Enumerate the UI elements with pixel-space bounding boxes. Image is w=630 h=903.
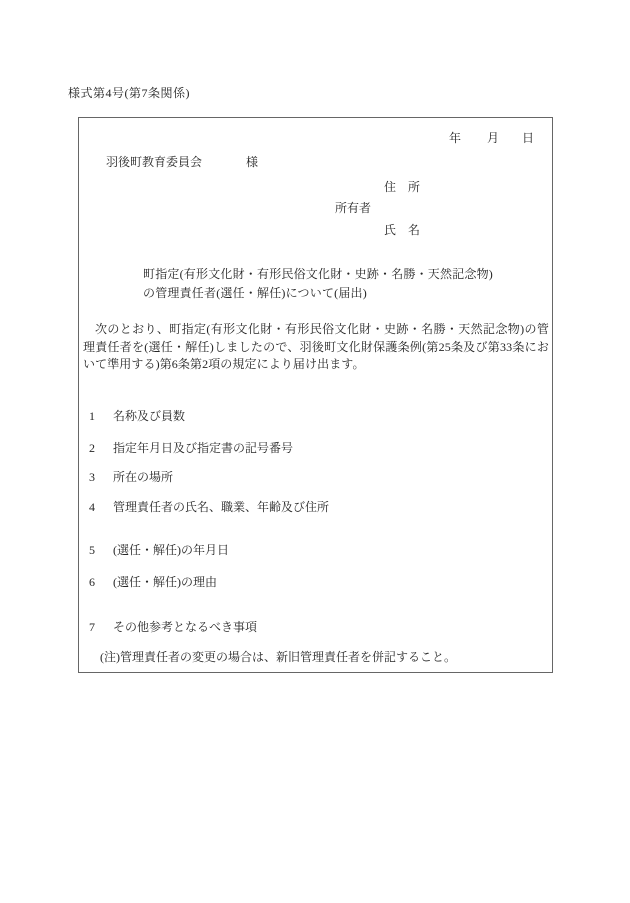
list-item-4-number: 4 <box>89 500 113 515</box>
document-title-line2: の管理責任者(選任・解任)について(届出) <box>143 284 493 303</box>
list-item-3-label: 所在の場所 <box>113 470 173 484</box>
list-item-4-label: 管理責任者の氏名、職業、年齢及び住所 <box>113 500 329 514</box>
list-item-2-label: 指定年月日及び指定書の記号番号 <box>113 441 293 455</box>
note-line: (注)管理責任者の変更の場合は、新旧管理責任者を併記すること。 <box>100 648 456 665</box>
list-item-2-number: 2 <box>89 441 113 456</box>
addressee-name: 羽後町教育委員会 <box>106 155 202 169</box>
document-title: 町指定(有形文化財・有形民俗文化財・史跡・名勝・天然記念物) の管理責任者(選任… <box>143 265 493 303</box>
document-title-line1: 町指定(有形文化財・有形民俗文化財・史跡・名勝・天然記念物) <box>143 265 493 284</box>
list-item-7: 7その他参考となるべき事項 <box>89 618 257 635</box>
document-page: 様式第4号(第7条関係) 年月日 羽後町教育委員会様 住 所 所有者 氏 名 町… <box>0 0 630 903</box>
month-label: 月 <box>487 131 499 145</box>
form-number-label: 様式第4号(第7条関係) <box>68 84 190 101</box>
body-paragraph: 次のとおり、町指定(有形文化財・有形民俗文化財・史跡・名勝・天然記念物)の管理責… <box>83 321 549 374</box>
list-item-1-label: 名称及び員数 <box>113 409 185 423</box>
list-item-3-number: 3 <box>89 470 113 485</box>
list-item-5-label: (選任・解任)の年月日 <box>113 543 229 557</box>
owner-address-label: 住 所 <box>384 178 420 195</box>
list-item-1: 1名称及び員数 <box>89 407 185 424</box>
list-item-6-number: 6 <box>89 575 113 590</box>
year-label: 年 <box>449 131 461 145</box>
list-item-2: 2指定年月日及び指定書の記号番号 <box>89 439 293 456</box>
owner-label: 所有者 <box>335 199 371 216</box>
list-item-1-number: 1 <box>89 409 113 424</box>
list-item-7-label: その他参考となるべき事項 <box>113 620 257 634</box>
list-item-3: 3所在の場所 <box>89 468 173 485</box>
list-item-5: 5(選任・解任)の年月日 <box>89 541 229 558</box>
addressee-line: 羽後町教育委員会様 <box>106 153 258 170</box>
form-border-box: 年月日 羽後町教育委員会様 住 所 所有者 氏 名 町指定(有形文化財・有形民俗… <box>78 117 553 673</box>
list-item-6-label: (選任・解任)の理由 <box>113 575 217 589</box>
list-item-4: 4管理責任者の氏名、職業、年齢及び住所 <box>89 498 329 515</box>
list-item-6: 6(選任・解任)の理由 <box>89 573 217 590</box>
addressee-honorific: 様 <box>246 155 258 169</box>
day-label: 日 <box>522 131 534 145</box>
list-item-5-number: 5 <box>89 543 113 558</box>
date-line: 年月日 <box>449 129 534 146</box>
list-item-7-number: 7 <box>89 620 113 635</box>
owner-name-label: 氏 名 <box>384 221 420 238</box>
